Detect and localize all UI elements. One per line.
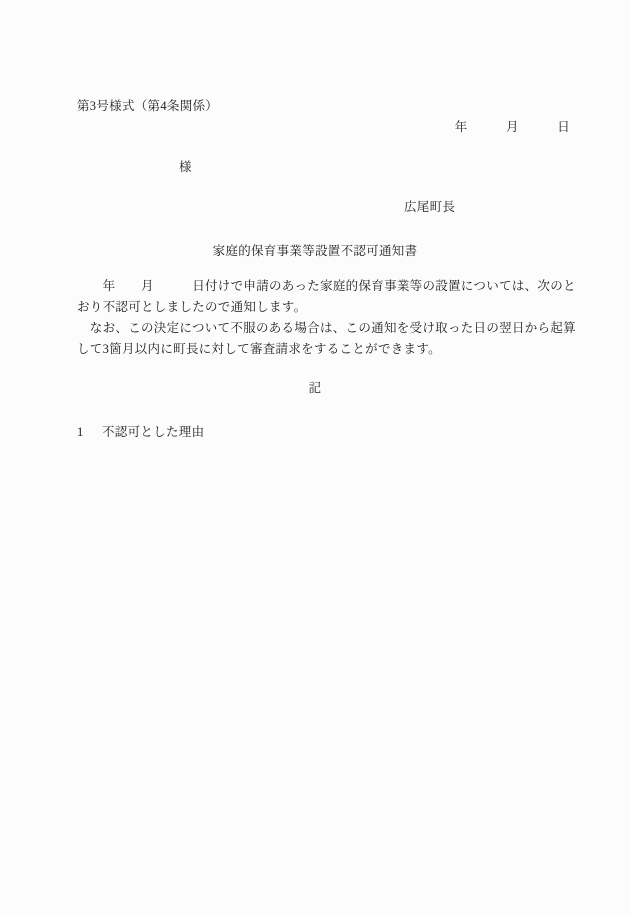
form-number-label: 第3号様式（第4条関係） [77,96,218,117]
body-paragraph-2: なお、この決定について不服のある場合は、この通知を受け取った日の翌日から起算 し… [77,318,566,360]
addressee-honorific: 様 [179,157,192,178]
paragraph-line: して3箇月以内に町長に対して審査請求をすることができます。 [77,339,566,360]
item-number: 1 [77,422,102,443]
sender-title: 広尾町長 [404,197,455,218]
paragraph-line: 年 月 日付けで申請のあった家庭的保育事業等の設置については、次のと [77,276,566,297]
list-item: 1 不認可とした理由 [77,422,204,443]
item-label: 不認可とした理由 [102,422,204,443]
body-paragraph-1: 年 月 日付けで申請のあった家庭的保育事業等の設置については、次のと おり不認可… [77,276,566,318]
document-title: 家庭的保育事業等設置不認可通知書 [0,241,630,262]
document-page: 第3号様式（第4条関係） 年 月 日 様 広尾町長 家庭的保育事業等設置不認可通… [0,0,630,915]
paragraph-line: なお、この決定について不服のある場合は、この通知を受け取った日の翌日から起算 [77,318,566,339]
date-blank-line: 年 月 日 [455,117,570,138]
record-heading: 記 [0,378,630,399]
paragraph-line: おり不認可としましたので通知します。 [77,297,566,318]
